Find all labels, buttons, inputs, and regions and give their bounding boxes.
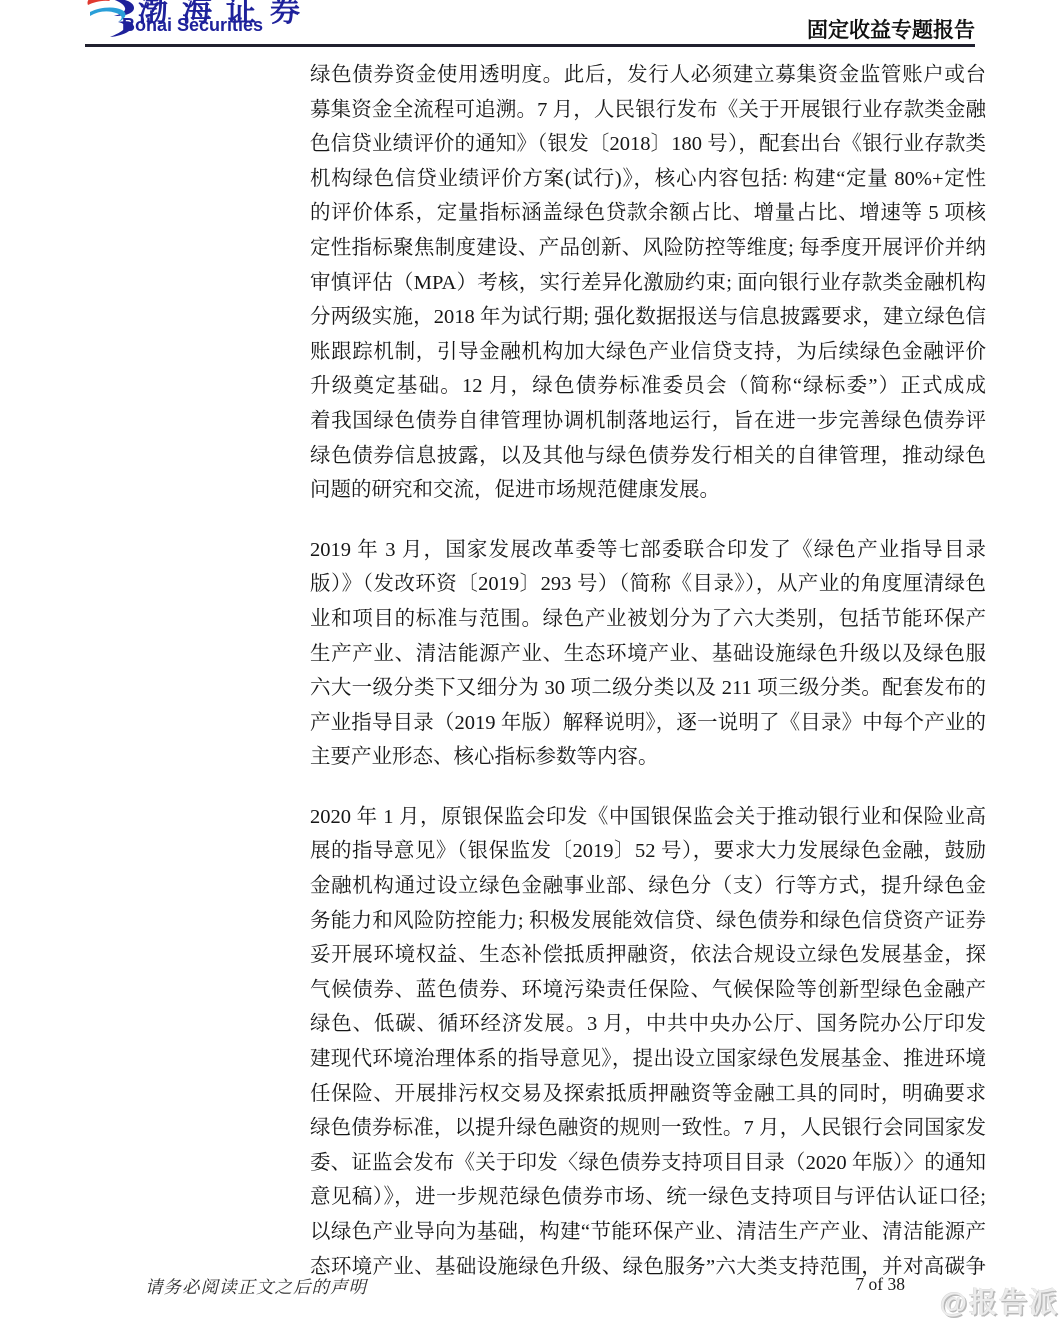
paragraph: 2020 年 1 月，原银保监会印发《中国银保监会关于推动银行业和保险业高质量发… [310,800,986,1284]
text-line: 绿色债券标准，以提升绿色融资的规则一致性。7 月，人民银行会同国家发展改革 [310,1111,986,1146]
text-line: 任保险、开展排污权交易及探索抵质押融资等金融工具的同时，明确要求统一国内 [310,1077,986,1112]
body-text: 绿色债券资金使用透明度。此后，发行人必须建立募集资金监管账户或台账，确保募集资金… [310,58,986,1309]
paragraph: 绿色债券资金使用透明度。此后，发行人必须建立募集资金监管账户或台账，确保募集资金… [310,58,986,508]
text-line: 展的指导意见》（银保监发〔2019〕52 号），要求大力发展绿色金融，鼓励银行业 [310,834,986,869]
text-line: 定性指标聚焦制度建设、产品创新、风险防控等维度; 每季度开展评价并纳入宏观 [310,231,986,266]
text-line: 色信贷业绩评价的通知》（银发〔2018〕180 号），配套出台《银行业存款类金融 [310,127,986,162]
text-line: 升级奠定基础。12 月，绿色债券标准委员会（简称“绿标委”）正式成成立，标志 [310,369,986,404]
text-line: 绿色债券信息披露，以及其他与绿色债券发行相关的自律管理，推动绿色债券相关 [310,439,986,474]
text-line: 金融机构通过设立绿色金融事业部、绿色分（支）行等方式，提升绿色金融专业服 [310,869,986,904]
logo-english-text: Bohai Securities [122,15,263,36]
text-line: 产业指导目录（2019 年版）解释说明》，逐一说明了《目录》中每个产业的内涵、 [310,706,986,741]
page-number: 7 of 38 [855,1274,905,1295]
report-type-title: 固定收益专题报告 [807,14,975,44]
text-line: 着我国绿色债券自律管理协调机制落地运行，旨在进一步完善绿色债券评估认证、 [310,404,986,439]
header-divider [85,44,975,47]
text-line: 委、证监会发布《关于印发〈绿色债券支持项目目录（2020 年版）〉的通知（征求 [310,1146,986,1181]
text-line: 募集资金全流程可追溯。7 月，人民银行发布《关于开展银行业存款类金融机构绿 [310,93,986,128]
text-line: 业和项目的标准与范围。绿色产业被划分为了六大类别，包括节能环保产业、清洁 [310,602,986,637]
text-line: 绿色债券资金使用透明度。此后，发行人必须建立募集资金监管账户或台账，确保 [310,58,986,93]
text-line: 六大一级分类下又细分为 30 项二级分类以及 211 项三级分类。配套发布的《绿… [310,671,986,706]
text-line: 务能力和风险防控能力; 积极发展能效信贷、绿色债券和绿色信贷资产证券化，稳 [310,904,986,939]
text-line: 2020 年 1 月，原银保监会印发《中国银保监会关于推动银行业和保险业高质量发 [310,800,986,835]
text-line: 绿色、低碳、循环经济发展。3 月，中共中央办公厅、国务院办公厅印发《关于构 [310,1007,986,1042]
text-line: 以绿色产业导向为基础，构建“节能环保产业、清洁生产产业、清洁能源产业、生 [310,1215,986,1250]
text-line: 分两级实施，2018 年为试行期; 强化数据报送与信息披露要求，建立绿色信贷台 [310,300,986,335]
text-line: 生产产业、清洁能源产业、生态环境产业、基础设施绿色升级以及绿色服务，在这 [310,637,986,672]
paragraph: 2019 年 3 月，国家发展改革委等七部委联合印发了《绿色产业指导目录（201… [310,533,986,775]
footer-disclaimer: 请务必阅读正文之后的声明 [145,1274,367,1299]
text-line: 意见稿）》，进一步规范绿色债券市场、统一绿色支持项目与评估认证口径; 通过 [310,1180,986,1215]
text-line: 问题的研究和交流，促进市场规范健康发展。 [310,473,986,508]
text-line: 审慎评估（MPA）考核，实行差异化激励约束; 面向银行业存款类金融机构（法人） [310,266,986,301]
report-page: 渤海证券 Bohai Securities 固定收益专题报告 绿色债券资金使用透… [0,0,1061,1320]
watermark-baogaopai: @报告派 [940,1281,1059,1320]
text-line: 账跟踪机制，引导金融机构加大绿色产业信贷支持，为后续绿色金融评价体系全面 [310,335,986,370]
text-line: 气候债券、蓝色债券、环境污染责任保险、气候保险等创新型绿色金融产品，支持 [310,973,986,1008]
text-line: 的评价体系，定量指标涵盖绿色贷款余额占比、增量占比、增速等 5 项核心指标， [310,196,986,231]
text-line: 2019 年 3 月，国家发展改革委等七部委联合印发了《绿色产业指导目录（201… [310,533,986,568]
text-line: 版）》（发改环资〔2019〕293 号）（简称《目录》），从产业的角度厘清绿色产 [310,567,986,602]
text-line: 主要产业形态、核心指标参数等内容。 [310,740,986,775]
text-line: 建现代环境治理体系的指导意见》，提出设立国家绿色发展基金、推进环境污染责 [310,1042,986,1077]
text-line: 妥开展环境权益、生态补偿抵质押融资，依法合规设立绿色发展基金，探索碳金融、 [310,938,986,973]
text-line: 机构绿色信贷业绩评价方案(试行)》，核心内容包括: 构建“定量 80%+定性 2… [310,162,986,197]
